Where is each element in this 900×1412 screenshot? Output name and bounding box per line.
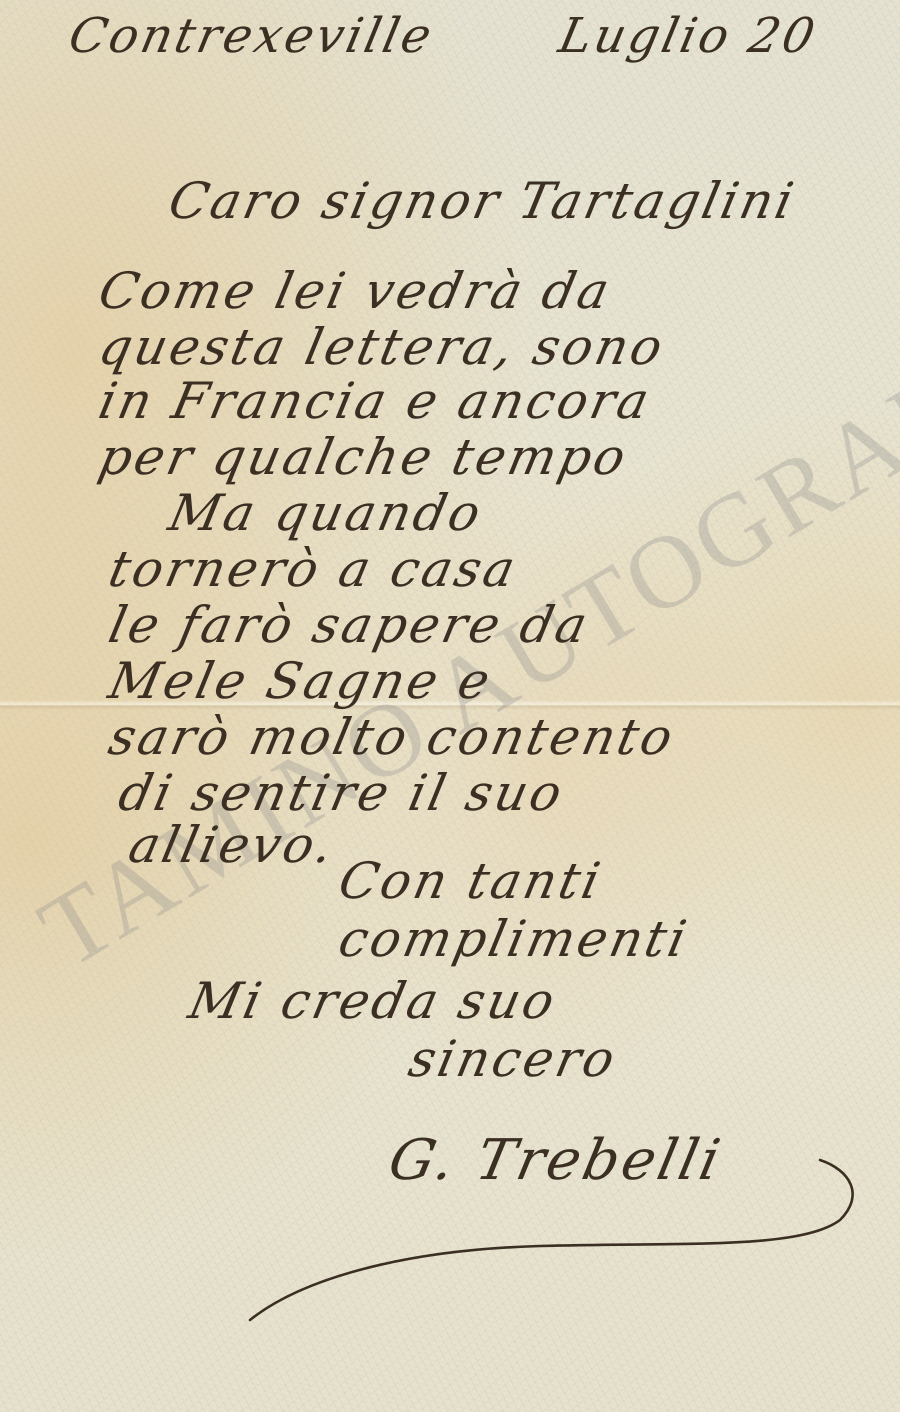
closing-line-4: sincero	[404, 1030, 623, 1088]
body-line-5: Ma quando	[164, 484, 489, 542]
body-line-1: Come lei vedrà da	[94, 262, 617, 320]
letter-page: TAMINO AUTOGRAPHS Contrexeville Luglio 2…	[0, 0, 900, 1412]
body-line-9: sarò molto contento	[104, 708, 681, 766]
body-line-2: questa lettera, sono	[94, 318, 671, 376]
letter-place: Contrexeville	[64, 8, 439, 64]
signature-flourish	[240, 1150, 880, 1330]
body-line-7: le farò sapere da	[104, 596, 595, 654]
body-line-6: tornerò a casa	[104, 540, 523, 598]
body-line-4: per qualche tempo	[94, 428, 634, 486]
closing-line-3: Mi creda suo	[184, 972, 563, 1030]
closing-line-2: complimenti	[334, 910, 694, 968]
body-line-11: allievo.	[124, 816, 341, 874]
body-line-8: Mele Sagne e	[104, 652, 498, 710]
body-line-10: di sentire il suo	[114, 764, 570, 822]
letter-date: Luglio 20	[554, 8, 822, 64]
body-line-3: in Francia e ancora	[94, 372, 657, 430]
closing-line-1: Con tanti	[334, 852, 608, 910]
salutation: Caro signor Tartaglini	[164, 172, 801, 230]
